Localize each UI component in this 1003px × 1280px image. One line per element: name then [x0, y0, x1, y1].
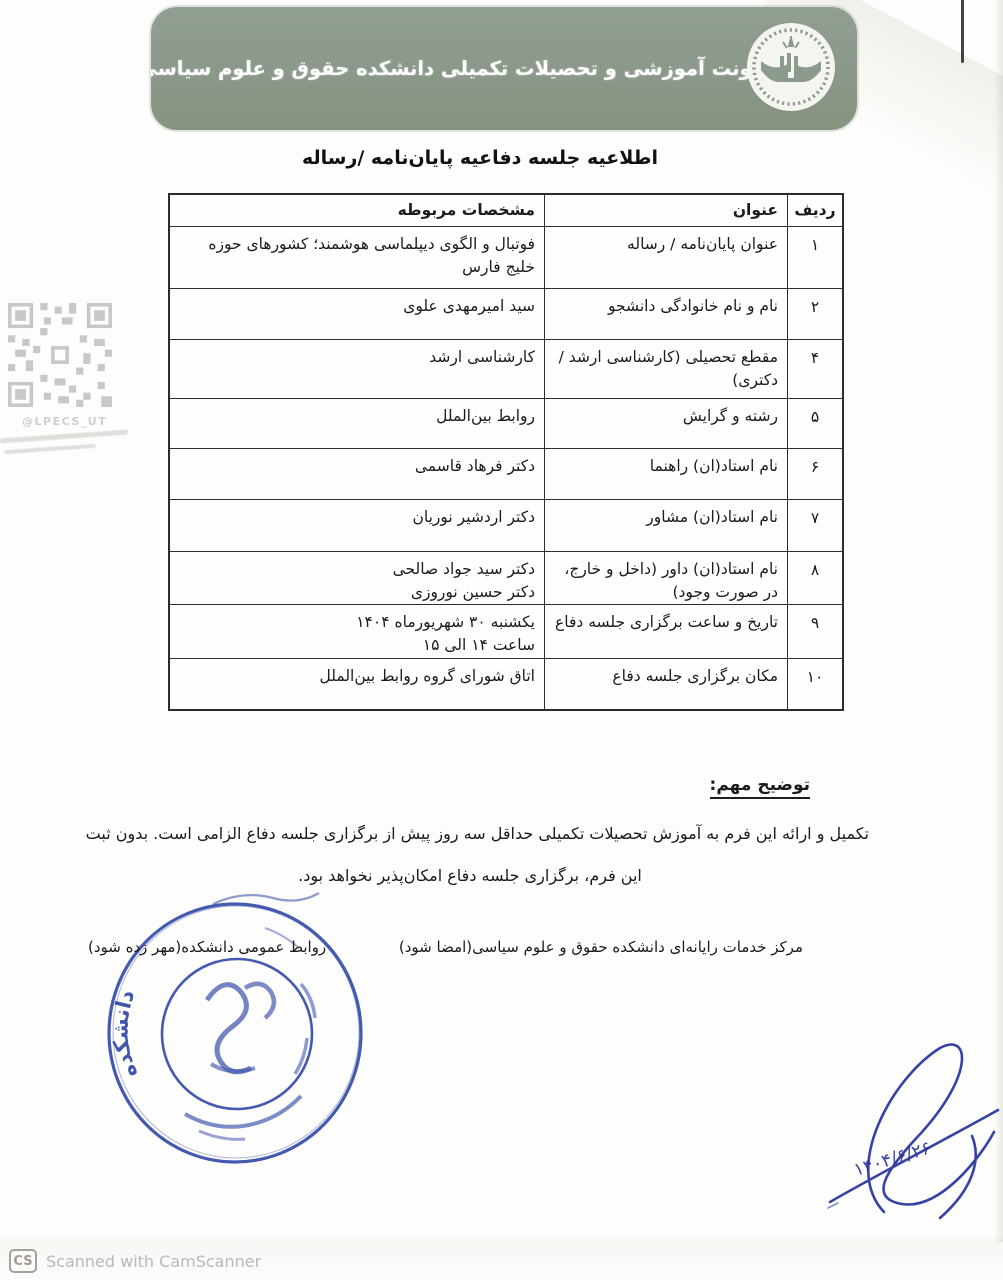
row-field-label: نام استاد(ان) راهنما: [544, 449, 787, 499]
row-field-label: عنوان پایان‌نامه / رساله: [544, 227, 787, 288]
university-emblem-icon: [744, 20, 838, 114]
faint-text-smudge: [4, 444, 96, 454]
header-details: مشخصات مربوطه: [166, 195, 544, 226]
scanned-document-page: معاونت آموزشی و تحصیلات تکمیلی دانشکده ح…: [0, 0, 1003, 1280]
row-number: ۶: [787, 449, 842, 499]
row-field-label: رشته و گرایش: [544, 399, 787, 448]
faint-text-smudge: [0, 430, 128, 444]
row-number: ۸: [787, 552, 842, 604]
table-row: ۱ عنوان پایان‌نامه / رساله فوتبال و الگو…: [170, 227, 842, 289]
camscanner-logo-icon: CS: [9, 1249, 37, 1273]
row-number: ۲: [787, 289, 842, 339]
row-number: ۷: [787, 500, 842, 551]
table-row: ۴ مقطع تحصیلی (کارشناسی ارشد / دکتری) کا…: [170, 340, 842, 399]
important-note-heading: توضیح مهم:: [710, 775, 810, 799]
row-field-label: مکان برگزاری جلسه دفاع: [544, 659, 787, 709]
row-details-value: دکتر سید جواد صالحی دکتر حسین نوروزی: [166, 552, 544, 604]
qr-code-block: @LPECS_UT: [8, 303, 128, 428]
row-number: ۵: [787, 399, 842, 448]
it-center-signature-label: مرکز خدمات رایانه‌ای دانشکده حقوق و علوم…: [399, 938, 803, 956]
camscanner-watermark-text: Scanned with CamScanner: [46, 1252, 261, 1271]
row-details-value: اتاق شورای گروه روابط بین‌الملل: [166, 659, 544, 709]
row-details-value: دکتر اردشیر نوریان: [166, 500, 544, 551]
qr-code-icon: [8, 303, 112, 407]
header-banner: معاونت آموزشی و تحصیلات تکمیلی دانشکده ح…: [151, 7, 857, 130]
table-row: ۵ رشته و گرایش روابط بین‌الملل: [170, 399, 842, 449]
row-field-label: نام استاد(ان) داور (داخل و خارج، در صورت…: [544, 552, 787, 604]
faculty-round-stamp: دانشکده: [95, 888, 375, 1168]
header-row-number: ردیف: [787, 195, 842, 226]
row-details-value: کارشناسی ارشد: [166, 340, 544, 398]
camscanner-footer: CS Scanned with CamScanner: [0, 1242, 1003, 1280]
signature-date-text: ۱۴۰۴/۶/۲۶: [851, 1137, 933, 1180]
table-row: ۸ نام استاد(ان) داور (داخل و خارج، در صو…: [170, 552, 842, 605]
row-details-value: سید امیرمهدی علوی: [166, 289, 544, 339]
row-field-label: نام و نام خانوادگی دانشجو: [544, 289, 787, 339]
page-title: اطلاعیه جلسه دفاعیه پایان‌نامه /رساله: [155, 147, 805, 169]
row-field-label: مقطع تحصیلی (کارشناسی ارشد / دکتری): [544, 340, 787, 398]
row-details-value: یکشنبه ۳۰ شهریورماه ۱۴۰۴ ساعت ۱۴ الی ۱۵: [166, 605, 544, 658]
table-header-row: ردیف عنوان مشخصات مربوطه: [170, 195, 842, 227]
row-field-label: تاریخ و ساعت برگزاری جلسه دفاع: [544, 605, 787, 658]
defense-form-table: ردیف عنوان مشخصات مربوطه ۱ عنوان پایان‌ن…: [168, 193, 844, 711]
row-details-value: روابط بین‌الملل: [166, 399, 544, 448]
table-row: ۶ نام استاد(ان) راهنما دکتر فرهاد قاسمی: [170, 449, 842, 500]
row-number: ۱: [787, 227, 842, 288]
header-field: عنوان: [544, 195, 787, 226]
table-row: ۲ نام و نام خانوادگی دانشجو سید امیرمهدی…: [170, 289, 842, 340]
row-details-value: فوتبال و الگوی دیپلماسی هوشمند؛ کشورهای …: [166, 227, 544, 288]
qr-handle-text: @LPECS_UT: [22, 415, 128, 428]
public-relations-stamp-label: روابط عمومی دانشکده(مهر زده شود): [88, 938, 326, 956]
note-text-line2: این فرم، برگزاری جلسه دفاع امکان‌پذیر نخ…: [298, 866, 642, 885]
note-text-line1: تکمیل و ارائه این فرم به آموزش تحصیلات ت…: [86, 824, 869, 843]
table-row: ۷ نام استاد(ان) مشاور دکتر اردشیر نوریان: [170, 500, 842, 552]
row-field-label: نام استاد(ان) مشاور: [544, 500, 787, 551]
row-number: ۹: [787, 605, 842, 658]
table-row: ۹ تاریخ و ساعت برگزاری جلسه دفاع یکشنبه …: [170, 605, 842, 659]
table-row: ۱۰ مکان برگزاری جلسه دفاع اتاق شورای گرو…: [170, 659, 842, 709]
row-number: ۴: [787, 340, 842, 398]
scan-fold-line: [961, 0, 964, 63]
row-details-value: دکتر فرهاد قاسمی: [166, 449, 544, 499]
handwritten-signature: ۱۴۰۴/۶/۲۶: [822, 1040, 1003, 1225]
row-number: ۱۰: [787, 659, 842, 709]
